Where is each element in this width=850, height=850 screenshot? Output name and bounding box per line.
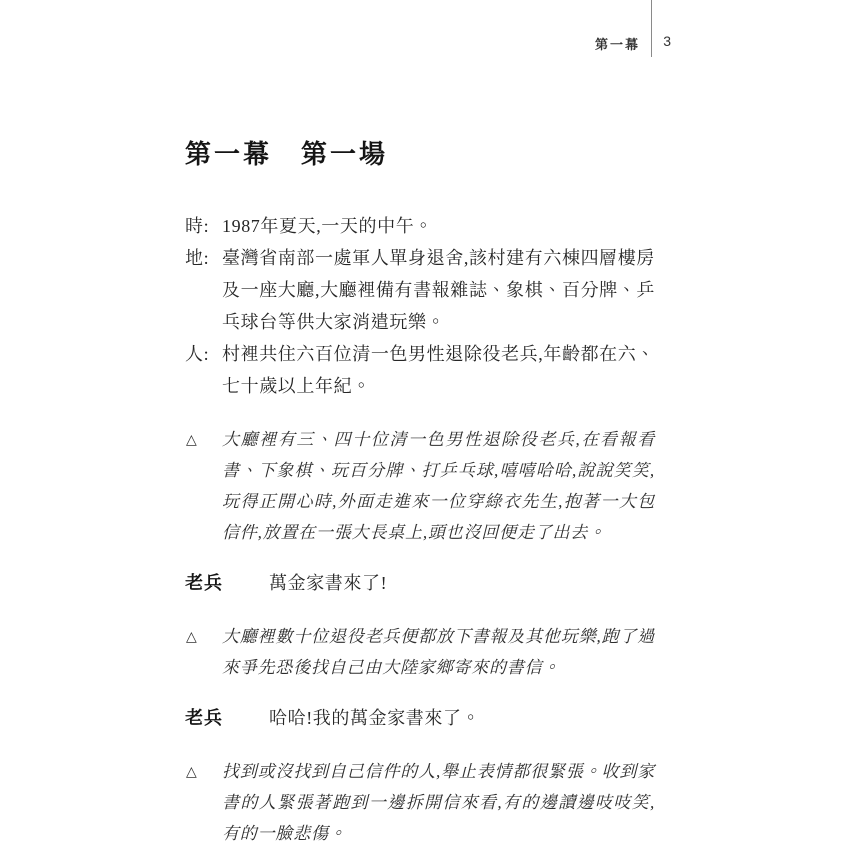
meta-characters-text: 村裡共住六百位清一色男性退除役老兵,年齡都在六、七十歲以上年紀。 (222, 344, 655, 396)
triangle-marker: △ (186, 425, 198, 456)
page-content: 第一幕 第一場 時: 1987年夏天,一天的中午。 地: 臺灣省南部一處軍人單身… (185, 138, 655, 849)
meta-characters-label: 人: (185, 338, 209, 370)
stage-direction-text: 大廳裡數十位退役老兵便都放下書報及其他玩樂,跑了過來爭先恐後找自己由大陸家鄉寄來… (222, 627, 655, 677)
dialogue-line: 老兵 哈哈!我的萬金家書來了。 (185, 702, 655, 734)
meta-place-text: 臺灣省南部一處軍人單身退舍,該村建有六棟四層樓房及一座大廳,大廳裡備有書報雜誌、… (222, 248, 655, 332)
stage-direction: △ 大廳裡數十位退役老兵便都放下書報及其他玩樂,跑了過來爭先恐後找自己由大陸家鄉… (185, 621, 655, 683)
speaker-name: 老兵 (185, 567, 223, 599)
dialogue-text: 萬金家書來了! (269, 573, 387, 593)
meta-characters: 人: 村裡共住六百位清一色男性退除役老兵,年齡都在六、七十歲以上年紀。 (185, 338, 655, 402)
header-divider (651, 0, 652, 57)
scene-title: 第一幕 第一場 (185, 138, 655, 170)
triangle-marker: △ (186, 757, 198, 788)
page-number: 3 (663, 33, 671, 49)
stage-direction-text: 找到或沒找到自己信件的人,舉止表情都很緊張。收到家書的人緊張著跑到一邊拆開信來看… (222, 762, 655, 843)
meta-time-text: 1987年夏天,一天的中午。 (222, 216, 433, 236)
stage-direction-text: 大廳裡有三、四十位清一色男性退除役老兵,在看報看書、下象棋、玩百分牌、打乒乓球,… (222, 430, 655, 542)
meta-place-label: 地: (185, 242, 209, 274)
meta-time-label: 時: (185, 210, 209, 242)
dialogue-text: 哈哈!我的萬金家書來了。 (269, 708, 480, 728)
meta-place: 地: 臺灣省南部一處軍人單身退舍,該村建有六棟四層樓房及一座大廳,大廳裡備有書報… (185, 242, 655, 338)
dialogue-line: 老兵 萬金家書來了! (185, 567, 655, 599)
running-header-chapter: 第一幕 (595, 34, 640, 53)
speaker-name: 老兵 (185, 702, 223, 734)
meta-time: 時: 1987年夏天,一天的中午。 (185, 210, 655, 242)
stage-direction: △ 找到或沒找到自己信件的人,舉止表情都很緊張。收到家書的人緊張著跑到一邊拆開信… (185, 756, 655, 849)
stage-direction: △ 大廳裡有三、四十位清一色男性退除役老兵,在看報看書、下象棋、玩百分牌、打乒乓… (185, 424, 655, 548)
triangle-marker: △ (186, 622, 198, 653)
book-page: 第一幕 3 第一幕 第一場 時: 1987年夏天,一天的中午。 地: 臺灣省南部… (0, 0, 850, 850)
